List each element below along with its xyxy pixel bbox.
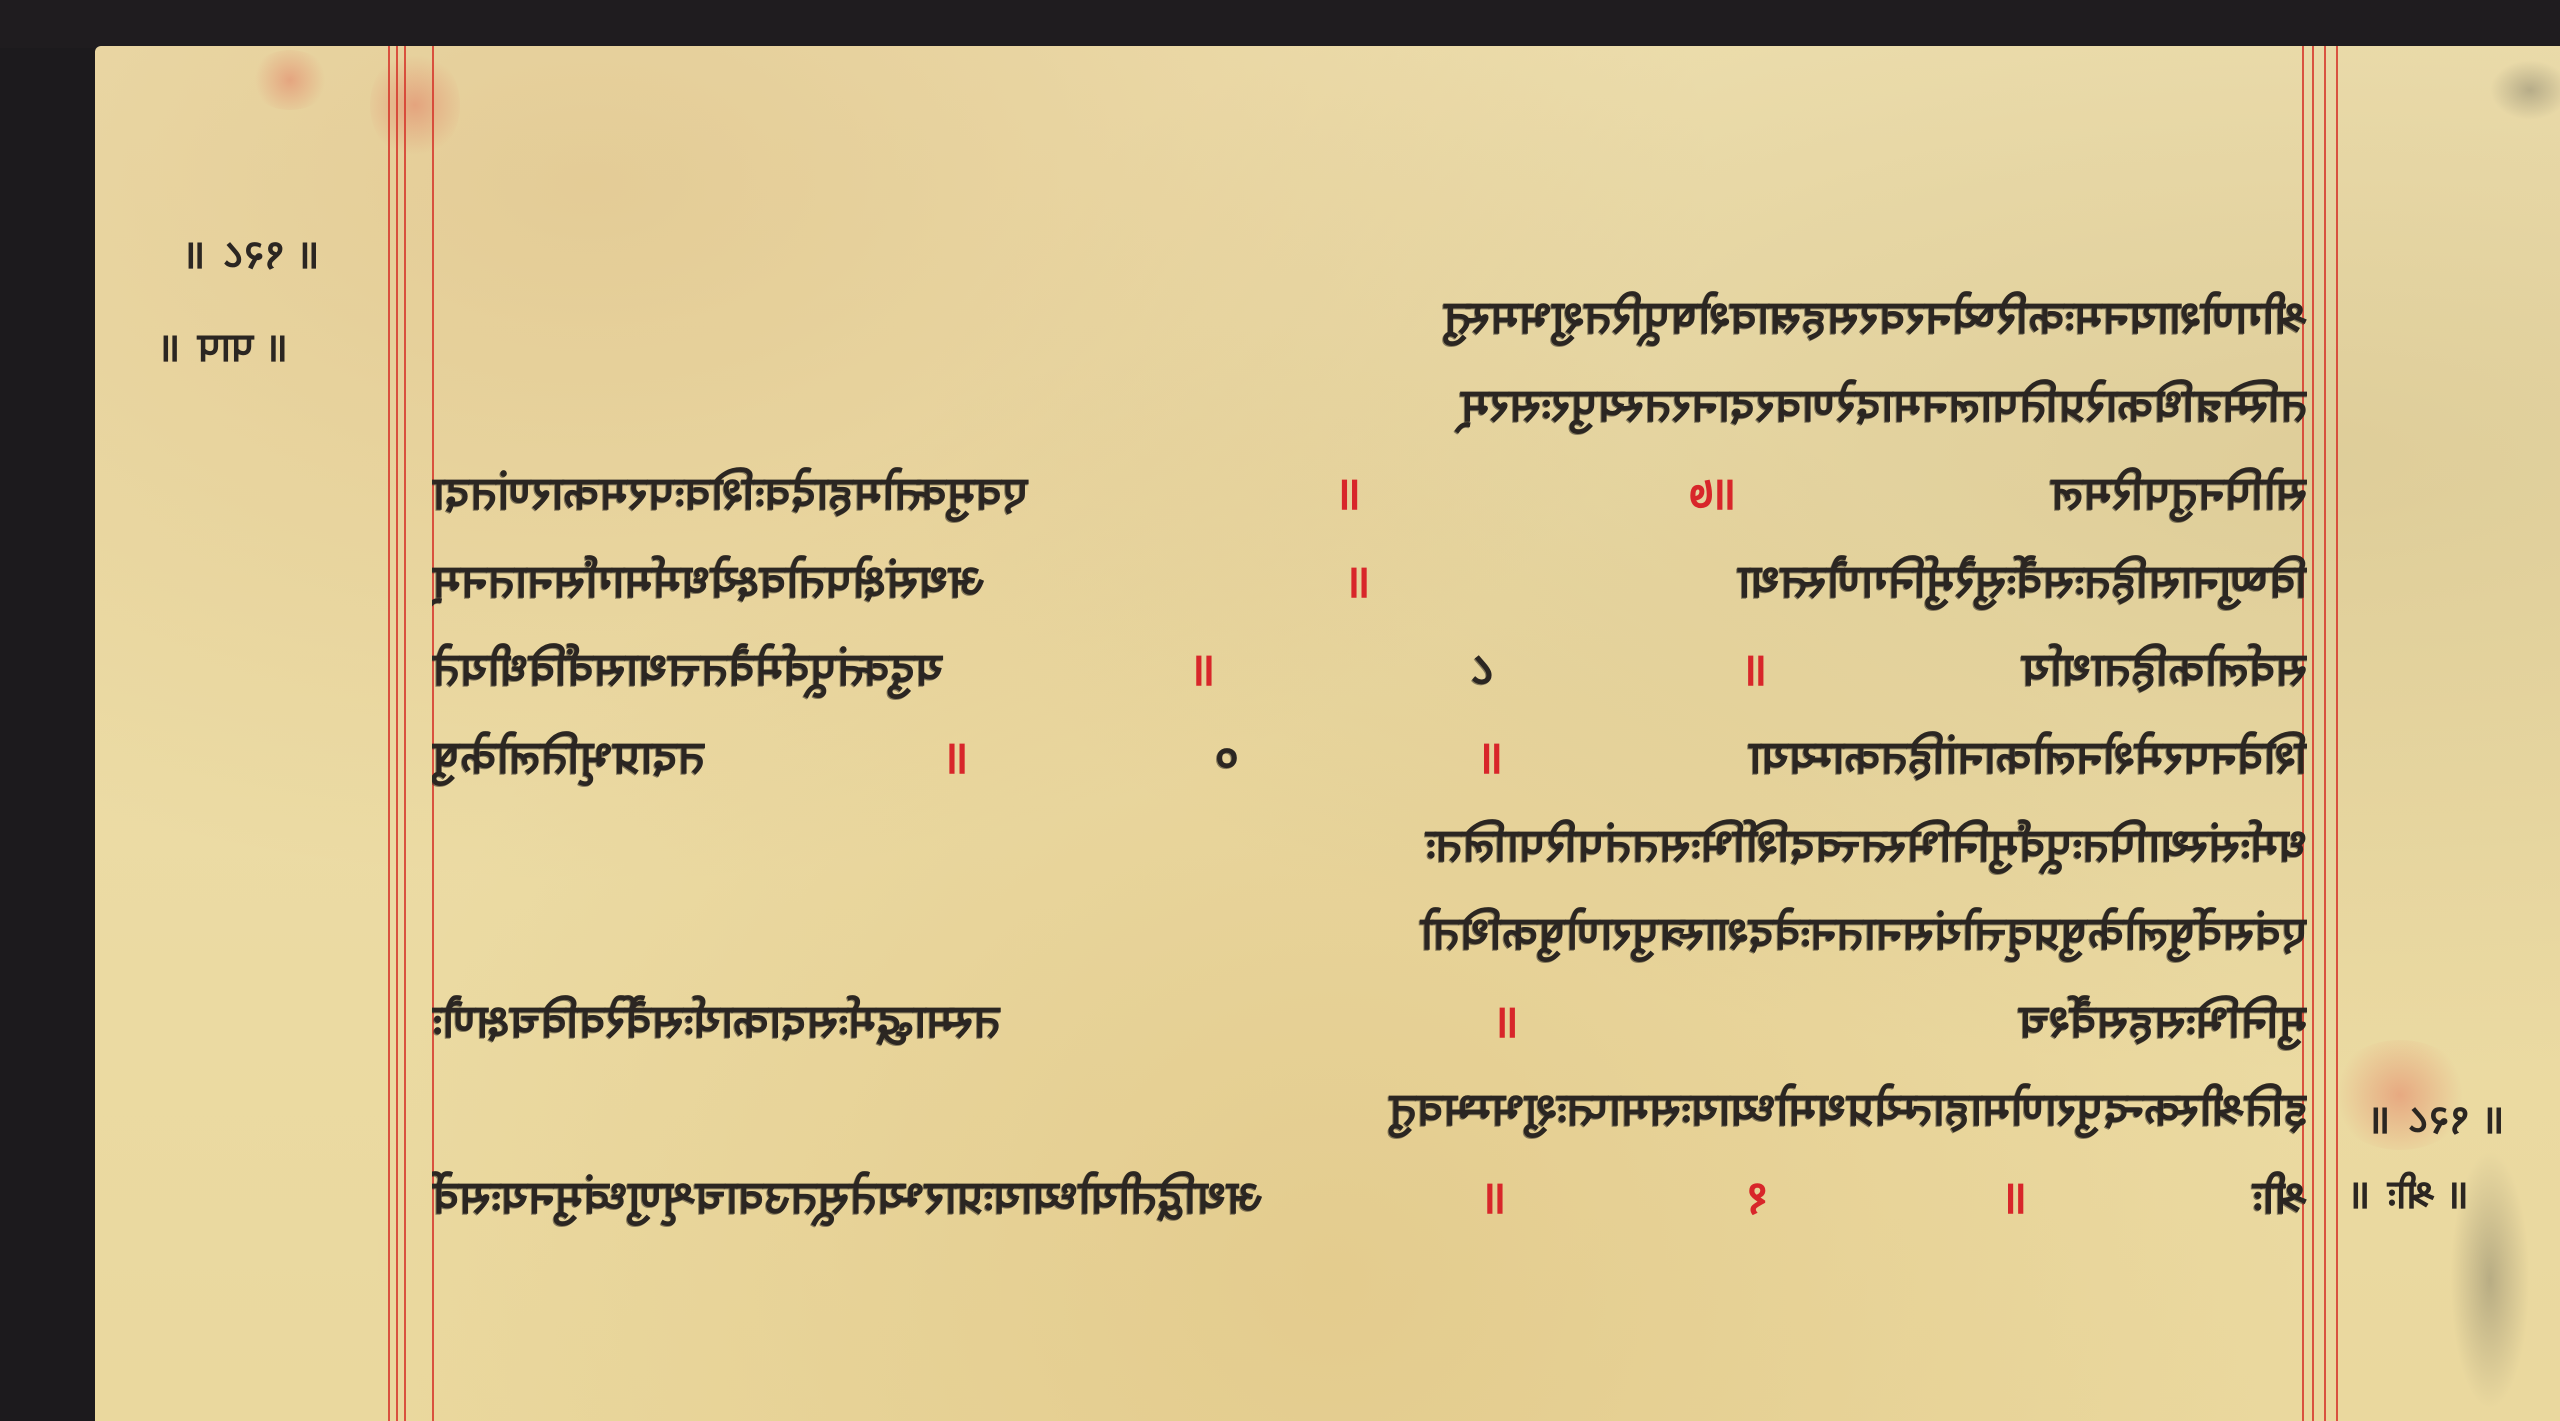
left-folio-mark-2: ॥ पाप ॥ (160, 318, 292, 373)
verse-number: ० (1214, 725, 1239, 787)
ink-smudge (2490, 60, 2560, 120)
text-line-1: श्रीगणेशायनमःकरिष्येनरवरसहस्रावशेषपूरितश… (432, 272, 2307, 360)
danda-mark: ॥ (945, 725, 973, 787)
text-segment: एवमुक्तोमहादेवःशिवःपरमकारणंतदा (432, 461, 1028, 523)
red-stain (250, 50, 330, 110)
danda-mark: ॥ (1480, 725, 1508, 787)
left-margin-rule (404, 46, 406, 1421)
text-segment: सर्वलोकहितार्थाय (2021, 637, 2307, 699)
text-line-10: इतिश्रीस्कन्दपुराणेमाहात्म्येप्रथमोध्याय… (432, 1064, 2307, 1152)
right-folio-mark-2: ॥ श्रीः ॥ (2350, 1165, 2473, 1220)
left-margin-rule (388, 46, 390, 1421)
text-segment: श्रीगणेशायनमःकरिष्येनरवरसहस्रावशेषपूरितश… (1444, 285, 2307, 347)
text-segment: इतिश्रीस्कन्दपुराणेमाहात्म्येप्रथमोध्याय… (1389, 1077, 2307, 1139)
manuscript-text-block: श्रीगणेशायनमःकरिष्येनरवरसहस्रावशेषपूरितश… (432, 272, 2307, 1240)
left-margin-rule (396, 46, 398, 1421)
text-line-3: सोपिनतुपरिमल ॥७ ॥ एवमुक्तोमहादेवःशिवःपरम… (432, 448, 2307, 536)
text-segment: तदाप्रभृतिलोकेषु (432, 725, 704, 787)
left-folio-mark-1: ॥ ९२८ ॥ (185, 225, 323, 280)
danda-mark: ॥ (1338, 461, 1366, 523)
text-segment: एवंसर्वेषुलोकेषुप्रवृत्तोयंसनातनःवेदशास्… (1420, 901, 2307, 963)
verse-number-mark: ॥७ (1689, 461, 1740, 523)
text-segment: सोपिनतुपरिमल (2051, 461, 2307, 523)
danda-mark: ॥ (1744, 637, 1772, 699)
text-line-2: तस्मिन्नधिकारेप्रतिपालनमादरेणवरदानरतस्यप… (432, 360, 2307, 448)
text-line-5: सर्वलोकहितार्थाय ॥ ८ ॥ यदुक्तंपूर्वमेवैत… (432, 624, 2307, 712)
text-line-9: मुनिभिःसहसर्वैश्च ॥ तस्माद्धर्मःसदाकार्य… (432, 976, 2307, 1064)
text-segment: यदुक्तंपूर्वमेवैतत्तथासर्वंविधीयते (432, 637, 942, 699)
text-segment: विष्णुनासहितःसर्वैःसुरैर्मुनिगणैस्तथा (1738, 549, 2307, 611)
text-segment: मुनिभिःसहसर्वैश्च (2019, 989, 2307, 1051)
text-line-4: विष्णुनासहितःसर्वैःसुरैर्मुनिगणैस्तथा ॥ … (432, 536, 2307, 624)
photo-backdrop (0, 0, 2560, 48)
text-line-6: शिवेनपरमेशेनलोकानांहितकाम्यया ॥ ० ॥ तदाप… (432, 712, 2307, 800)
text-segment: तस्मिन्नधिकारेप्रतिपालनमादरेणवरदानरतस्यप… (1460, 373, 2307, 435)
danda-mark: ॥ (1347, 549, 1375, 611)
danda-mark: ॥ (1496, 989, 1524, 1051)
danda-mark: ॥ (1192, 637, 1220, 699)
right-margin-rule (2324, 46, 2326, 1421)
text-line-11: श्रीः ॥ १ ॥ अथद्वितीयोध्यायःप्रारभ्यतेसू… (432, 1152, 2307, 1240)
text-segment: श्रीः (2252, 1165, 2307, 1227)
verse-number: ८ (1469, 637, 1494, 699)
text-line-8: एवंसर्वेषुलोकेषुप्रवृत्तोयंसनातनःवेदशास्… (432, 888, 2307, 976)
right-margin-rule (2312, 46, 2314, 1421)
right-margin-rule (2336, 46, 2338, 1421)
verse-number-mark: १ (1745, 1165, 1769, 1227)
text-segment: धर्मःसंस्थापितःपूर्वंमुनिभिस्तत्त्वदर्शि… (1425, 813, 2307, 875)
text-segment: तस्माद्धर्मःसदाकार्यःसर्वैरेवविचक्षणैः (432, 989, 1000, 1051)
text-segment: अथद्वितीयोध्यायःप्रारभ्यतेसूतउवाचशृणुध्व… (432, 1165, 1262, 1227)
danda-mark: ॥ (2004, 1165, 2032, 1227)
red-stain (370, 50, 460, 160)
danda-mark: ॥ (1483, 1165, 1511, 1227)
text-line-7: धर्मःसंस्थापितःपूर्वंमुनिभिस्तत्त्वदर्शि… (432, 800, 2307, 888)
text-segment: शिवेनपरमेशेनलोकानांहितकाम्यया (1749, 725, 2307, 787)
right-folio-mark-1: ॥ ९२८ ॥ (2370, 1090, 2508, 1145)
text-segment: अथसंक्षेपतोवक्ष्येधर्ममार्गंसनातनम् (432, 549, 985, 611)
